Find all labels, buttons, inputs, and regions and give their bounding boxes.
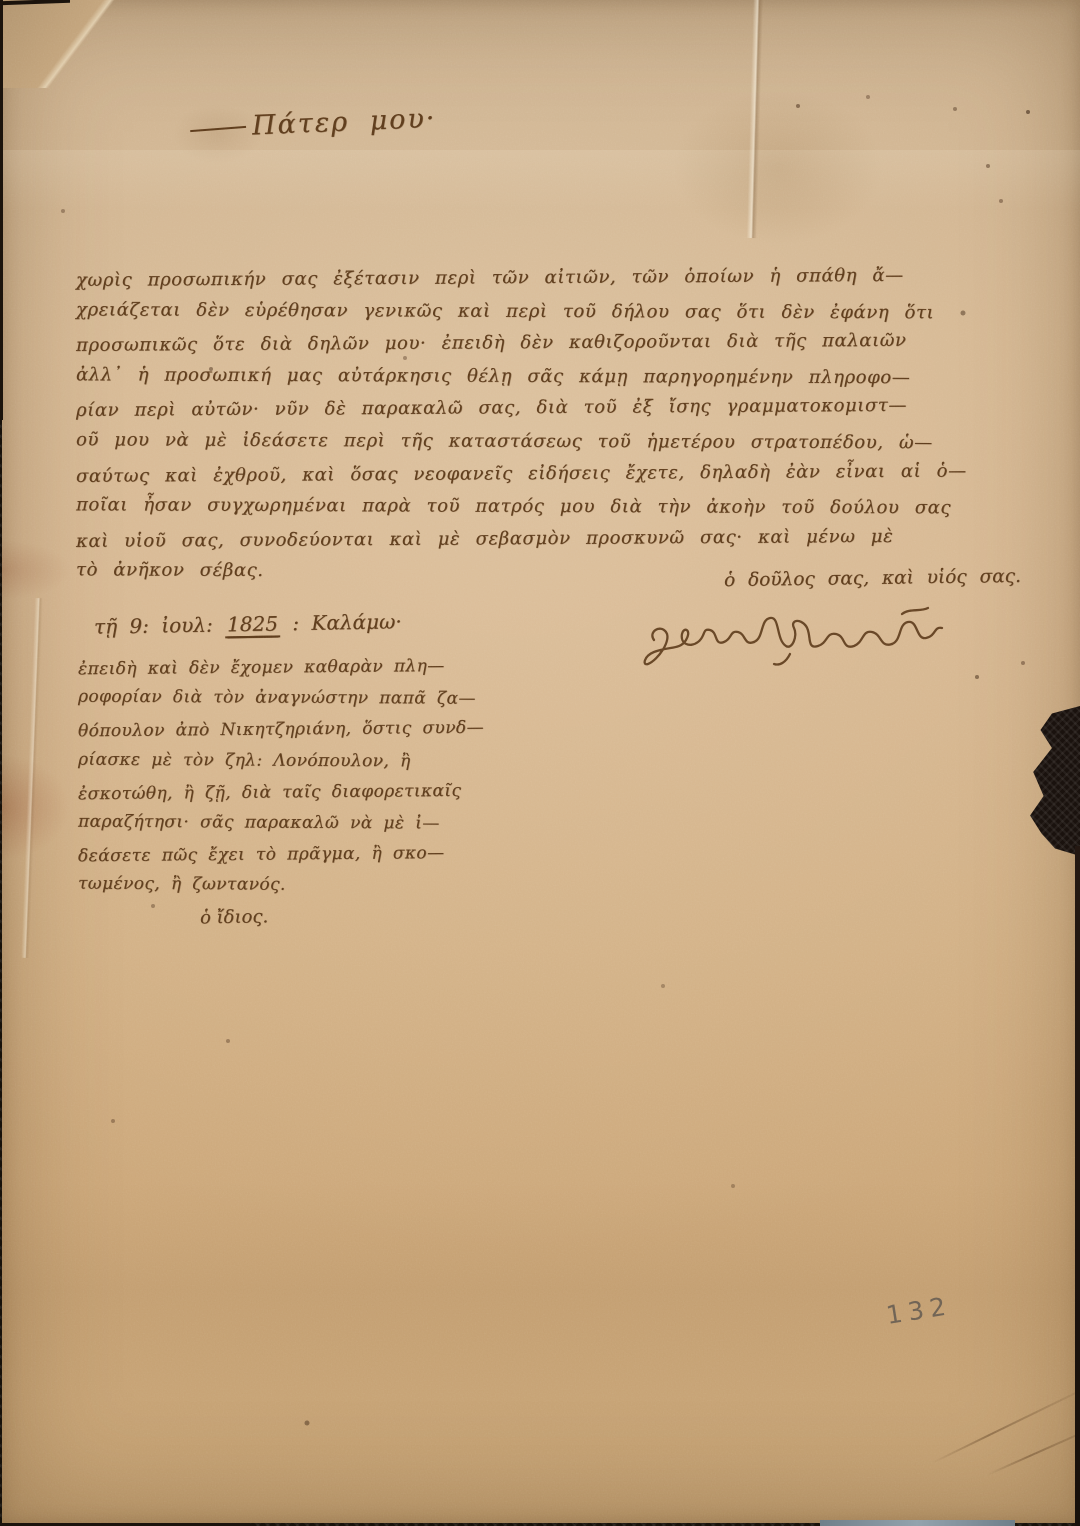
postscript-signoff: ὁ ἴδιος. xyxy=(200,900,598,928)
postscript-line: δεάσετε πῶς ἔχει τὸ πρᾶγμα, ἢ σκο— xyxy=(78,837,598,873)
paper-edge-gap xyxy=(0,0,3,420)
postscript-line: ρίασκε μὲ τὸν ζηλ: Λονόπουλον, ἢ xyxy=(78,744,598,778)
dateline-place: : Καλάμω· xyxy=(292,609,402,635)
postscript-line: παραζήτησι· σᾶς παρακαλῶ νὰ μὲ ἰ— xyxy=(78,807,598,841)
dateline-prefix: τῇ 9: ἰουλ: xyxy=(94,613,213,639)
paper-edge-gap xyxy=(1075,846,1080,1526)
body-line: προσωπικῶς ὅτε διὰ δηλῶν μου· ἐπειδὴ δὲν… xyxy=(76,324,1036,362)
postscript-line: ἐσκοτώθη, ἢ ζῇ, διὰ ταῖς διαφορετικαῖς xyxy=(78,775,598,811)
photo-backdrop: { "letter": { "salutation": "Πάτερ μου·"… xyxy=(0,0,1080,1526)
postscript-line: ροφορίαν διὰ τὸν ἀναγνώστην παπᾶ ζα— xyxy=(78,682,598,716)
body-line: σαύτως καὶ ἐχθροῦ, καὶ ὅσας νεοφανεῖς εἰ… xyxy=(76,455,1036,493)
body-line: χωρὶς προσωπικήν σας ἐξέτασιν περὶ τῶν α… xyxy=(76,259,1036,297)
postscript: ἐπειδὴ καὶ δὲν ἔχομεν καθαρὰν πλη— ροφορ… xyxy=(78,652,598,925)
tonal-band xyxy=(2,150,1080,210)
body-line: καὶ υἱοῦ σας, συνοδεύονται καὶ μὲ σεβασμ… xyxy=(76,520,1036,558)
tonal-band xyxy=(2,1180,1080,1400)
valediction: ὁ δοῦλος σας, καὶ υἱός σας. xyxy=(724,566,1021,591)
dateline-year: 1825 xyxy=(225,611,280,638)
bottom-right-crease xyxy=(987,1417,1080,1476)
body-line: οῦ μου νὰ μὲ ἰδεάσετε περὶ τῆς καταστάσε… xyxy=(76,424,1036,460)
table-surface-sliver xyxy=(820,1520,1015,1526)
bottom-right-crease xyxy=(932,1379,1080,1464)
salutation: Πάτερ μου· xyxy=(189,103,437,144)
left-edge-stain xyxy=(2,540,72,600)
body-line: ρίαν περὶ αὐτῶν· νῦν δὲ παρακαλῶ σας, δι… xyxy=(76,389,1036,427)
postscript-line: θόπουλον ἀπὸ Νικητζηριάνη, ὅστις συνδ— xyxy=(78,712,598,748)
top-center-crease xyxy=(747,0,764,238)
postscript-line: ἐπειδὴ καὶ δὲν ἔχομεν καθαρὰν πλη— xyxy=(78,650,598,686)
letter-page: Πάτερ μου· χωρὶς προσωπικήν σας ἐξέτασιν… xyxy=(2,0,1080,1523)
top-left-corner-fold xyxy=(2,0,130,88)
archive-number: 132 xyxy=(884,1291,953,1330)
dateline: τῇ 9: ἰουλ: 1825 : Καλάμω· xyxy=(94,609,402,638)
postscript-line: τωμένος, ἢ ζωντανός. xyxy=(78,869,598,903)
left-fold-crease xyxy=(21,598,43,958)
letter-body: χωρὶς προσωπικήν σας ἐξέτασιν περὶ τῶν α… xyxy=(76,262,1036,588)
signature-flourish xyxy=(640,606,950,670)
